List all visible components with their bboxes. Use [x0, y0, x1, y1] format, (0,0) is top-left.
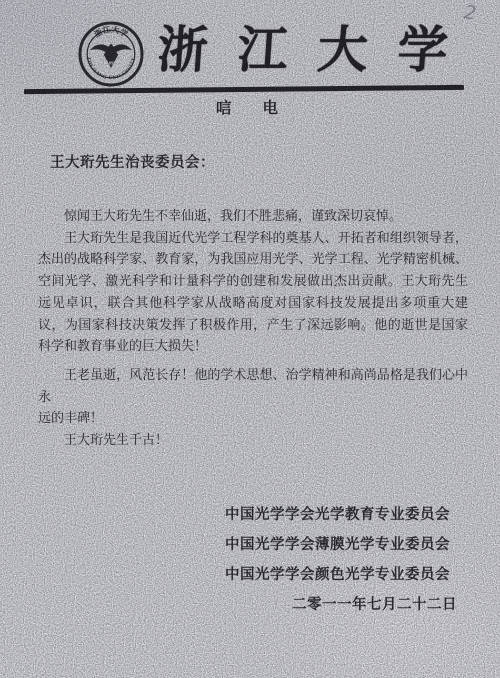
- signing-committee: 中国光学学会颜色光学专业委员会: [225, 568, 450, 583]
- signing-committee: 中国光学学会光学教育专业委员会: [225, 508, 450, 523]
- seal-year: 1897: [106, 61, 116, 66]
- body-line: 杰出的战略科学家、教育家，为我国应用光学、光学工程、光学精密机械、: [38, 248, 468, 270]
- body-line: 王大珩先生千古！: [38, 429, 468, 451]
- scanned-condolence-letter: 2 浙江大学 ZHEJIANG UNIVERSITY 1897 浙江大学 唁 电…: [0, 0, 500, 678]
- body-line: 王大珩先生是我国近代光学工程学科的奠基人、开拓者和组织领导者，: [38, 227, 468, 249]
- signature-date: 二零一一年七月二十二日: [225, 598, 457, 613]
- body-line: 远见卓识，联合其他科学家从战略高度对国家科技发展提出多项重大建: [38, 292, 468, 314]
- signing-committee: 中国光学学会薄膜光学专业委员会: [225, 538, 450, 553]
- body-line: 远的丰碑！: [38, 407, 468, 429]
- zhejiang-university-seal-icon: 浙江大学 ZHEJIANG UNIVERSITY 1897: [78, 21, 144, 87]
- body-line: 空间光学、激光科学和计量科学的创建和发展做出杰出贡献。王大珩先生: [38, 270, 468, 292]
- document-title: 唁 电: [0, 96, 494, 118]
- body-line: 议，为国家科技决策发挥了积极作用，产生了深远影响。他的逝世是国家: [38, 314, 468, 336]
- body-line: 科学和教育事业的巨大损失！: [38, 335, 468, 357]
- letter-body: 惊闻王大珩先生不幸仙逝，我们不胜悲痛，谨致深切哀悼。 王大珩先生是我国近代光学工…: [38, 205, 468, 451]
- salutation: 王大珩先生治丧委员会：: [50, 151, 215, 172]
- university-wordmark: 浙江大学: [155, 10, 480, 82]
- signature-block: 中国光学学会光学教育专业委员会 中国光学学会薄膜光学专业委员会 中国光学学会颜色…: [225, 508, 450, 613]
- body-line: 惊闻王大珩先生不幸仙逝，我们不胜悲痛，谨致深切哀悼。: [38, 205, 468, 227]
- body-line: 王老虽逝，风范长存！他的学术思想、治学精神和高尚品格是我们心中永: [38, 364, 468, 407]
